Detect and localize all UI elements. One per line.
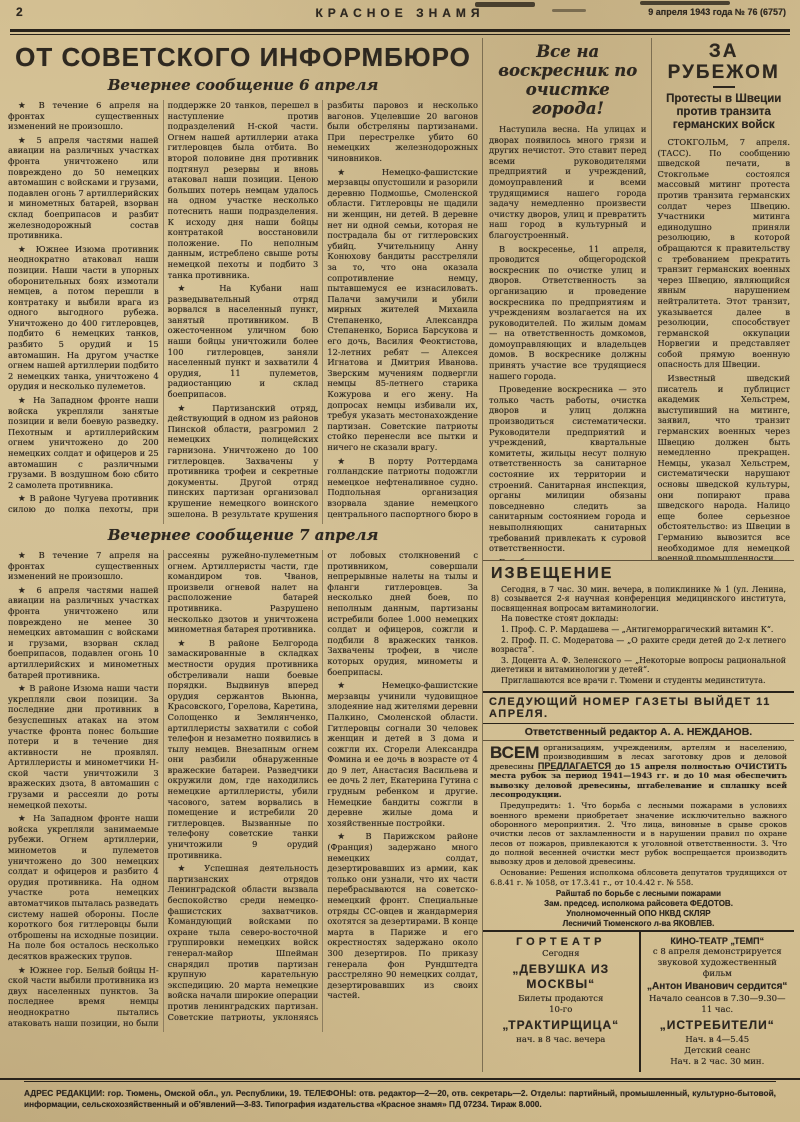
informbureau-headline: ОТ СОВЕТСКОГО ИНФОРМБЮРО (8, 42, 478, 72)
paragraph: ★ Немецко-фашистские мерзавцы учинили чу… (327, 680, 478, 828)
footer: АДРЕС РЕДАКЦИИ: гор. Тюмень, Омской обл.… (0, 1078, 800, 1110)
paragraph: Проведение воскресника — это только част… (489, 384, 646, 554)
scan-artifact (552, 9, 586, 12)
paragraph: ★ В Парижском районе (Франция) задержано… (327, 831, 478, 1001)
forest-signatures: Райштаб по борьбе с лесными пожарамиЗам.… (490, 889, 787, 929)
city-column: Все на воскресник по очистке города! Нас… (483, 38, 652, 560)
evening-report-7-subtitle: Вечернее сообщение 7 апреля (8, 526, 478, 544)
paragraph: Известный шведский писатель и публицист … (657, 373, 790, 560)
cinema-line-5: Детский сеанс (647, 1046, 789, 1057)
forest-offer-text: до 15 апреля полностью ОЧИСТИТЬ места ру… (490, 762, 787, 799)
cinema-movie-2: „ИСТРЕБИТЕЛИ“ (647, 1018, 789, 1033)
paragraph: ★ В течение 7 апреля на фронтах существе… (8, 550, 159, 582)
cinema-line-6: Нач. в 2 час. 30 мин. (647, 1057, 789, 1068)
evening-report-6-body: ★ В течение 6 апреля на фронтах существе… (8, 100, 478, 524)
theater-date: 10-го (489, 1005, 633, 1016)
theater-today: Сегодня (489, 949, 633, 960)
paragraph: ★ В районе Изюма наши части укрепляли св… (8, 683, 159, 810)
scan-artifact (640, 1, 730, 5)
sweden-article-title: Протесты в Швеции против транзита герман… (657, 93, 790, 132)
evening-report-7-body: ★ В течение 7 апреля на фронтах существе… (8, 550, 478, 1032)
right-section: Все на воскресник по очистке города! Нас… (482, 38, 794, 1072)
abroad-column: ЗА РУБЕЖОМ Протесты в Швеции против тран… (652, 38, 794, 560)
paragraph: 2. Проф. П. С. Модератова — „О рахите ср… (491, 636, 786, 655)
notice-body: Сегодня, в 7 час. 30 мин. вечера, в поли… (491, 585, 786, 686)
theater-time: нач. в 8 час. вечера (489, 1035, 633, 1046)
theater-tickets: Билеты продаются (489, 994, 633, 1005)
paragraph: ★ На Кубани наш разведывательный отряд в… (168, 283, 319, 400)
forest-offer-word: ПРЕДЛАГАЕТСЯ (538, 761, 611, 771)
next-issue-banner: СЛЕДУЮЩИЙ НОМЕР ГАЗЕТЫ ВЫЙДЕТ 11 АПРЕЛЯ. (483, 691, 794, 724)
paragraph: Наступила весна. На улицах и дворах появ… (489, 124, 646, 241)
editorial-address: АДРЕС РЕДАКЦИИ: гор. Тюмень, Омской обл.… (24, 1088, 776, 1110)
cinema-ad: КИНО-ТЕАТР „ТЕМП“ с 8 апреля демонстриру… (639, 932, 795, 1072)
paragraph: Райштаб по борьбе с лесными пожарами (490, 889, 787, 899)
paragraph: ★ На Западном фронте наши войска укрепля… (8, 395, 159, 490)
paragraph: ★ В районе Белгорода замаскированные в с… (168, 638, 319, 860)
paragraph: Уполномоченный ОПО НКВД СКЛЯР (490, 909, 787, 919)
paragraph: Зам. председ. исполкома райсовета ФЕДОТО… (490, 899, 787, 909)
headline-dash (713, 86, 735, 88)
notice-section: ИЗВЕЩЕНИЕ Сегодня, в 7 час. 30 мин. вече… (483, 560, 794, 689)
abroad-headline: ЗА РУБЕЖОМ (657, 41, 790, 83)
cinema-line-2: звуковой художественный фильм (647, 958, 789, 980)
scan-artifact (475, 2, 535, 7)
paragraph: ★ Южнее Изюма противник неоднократно ата… (8, 244, 159, 392)
paragraph: На повестке стоят доклады: (491, 614, 786, 624)
informbureau-section: ОТ СОВЕТСКОГО ИНФОРМБЮРО Вечернее сообще… (8, 38, 478, 1070)
theater-name: ГОРТЕАТР (489, 936, 633, 949)
theater-movie-1: „ДЕВУШКА ИЗ МОСКВЫ“ (489, 962, 633, 992)
cinema-movie-1: „Антон Иванович сердится“ (647, 981, 789, 993)
paragraph: ★ На Западном фронте наши войска укрепля… (8, 813, 159, 961)
newspaper-page: 2 КРАСНОЕ ЗНАМЯ 9 апреля 1943 года № 76 … (0, 0, 800, 1122)
ads-row: ГОРТЕАТР Сегодня „ДЕВУШКА ИЗ МОСКВЫ“ Бил… (483, 930, 794, 1072)
masthead-rule-thin (10, 34, 790, 35)
notice-headline: ИЗВЕЩЕНИЕ (491, 565, 786, 583)
paragraph: Приглашаются все врачи г. Тюмени и студе… (491, 676, 786, 686)
right-upper-row: Все на воскресник по очистке города! Нас… (483, 38, 794, 560)
cinema-line-3: Начало сеансов в 7.30—9.30—11 час. (647, 994, 789, 1016)
paragraph: ★ 5 апреля частями нашей авиации на разл… (8, 135, 159, 241)
voskresnik-body: Наступила весна. На улицах и дворах появ… (489, 124, 646, 560)
paragraph: ★ Немецко-фашистские мерзавцы опустошили… (327, 167, 478, 453)
theater-movie-2: „ТРАКТИРЩИЦА“ (489, 1018, 633, 1033)
paragraph: Сегодня, в 7 час. 30 мин. вечера, в поли… (491, 585, 786, 614)
cinema-line-1: с 8 апреля демонстрируется (647, 947, 789, 958)
forest-basis: Основание: Решения исполкома облсовета д… (490, 868, 787, 887)
theater-ad: ГОРТЕАТР Сегодня „ДЕВУШКА ИЗ МОСКВЫ“ Бил… (483, 932, 639, 1072)
paragraph: СТОКГОЛЬМ, 7 апреля. (ТАСС). По сообщени… (657, 137, 790, 370)
paragraph: 1. Проф. С. Р. Мардашева — „Антигеморраг… (491, 625, 786, 635)
paragraph: 3. Доцента А. Ф. Зеленского — „Некоторые… (491, 656, 786, 675)
forest-lead: ВСЕМ организациям, учреждениям, артелям … (490, 743, 787, 800)
cinema-line-4: Нач. в 4—5.45 (647, 1035, 789, 1046)
editor-credit: Ответственный редактор А. А. НЕЖДАНОВ. (483, 724, 794, 740)
paragraph: ★ 6 апреля частями нашей авиации на разл… (8, 585, 159, 680)
sweden-article-body: СТОКГОЛЬМ, 7 апреля. (ТАСС). По сообщени… (657, 137, 790, 560)
voskresnik-headline: Все на воскресник по очистке города! (489, 42, 646, 118)
footer-inner: АДРЕС РЕДАКЦИИ: гор. Тюмень, Омской обл.… (24, 1081, 776, 1110)
paragraph: ★ В течение 6 апреля на фронтах существе… (8, 100, 159, 132)
evening-report-6-subtitle: Вечернее сообщение 6 апреля (8, 76, 478, 94)
cinema-name: КИНО-ТЕАТР „ТЕМП“ (647, 936, 789, 947)
paragraph: Лесничий Тюменского л-ва ЯКОВЛЕВ. (490, 919, 787, 929)
masthead-rule (10, 29, 790, 32)
forest-warning: Предупредить: 1. Что борьба с лесными по… (490, 801, 787, 866)
issue-date: 9 апреля 1943 года № 76 (6757) (648, 7, 786, 17)
forest-lead-word: ВСЕМ (490, 744, 539, 761)
forest-announcement: ВСЕМ организациям, учреждениям, артелям … (483, 740, 794, 930)
paragraph: В воскресенье, 11 апреля, проводится общ… (489, 244, 646, 382)
